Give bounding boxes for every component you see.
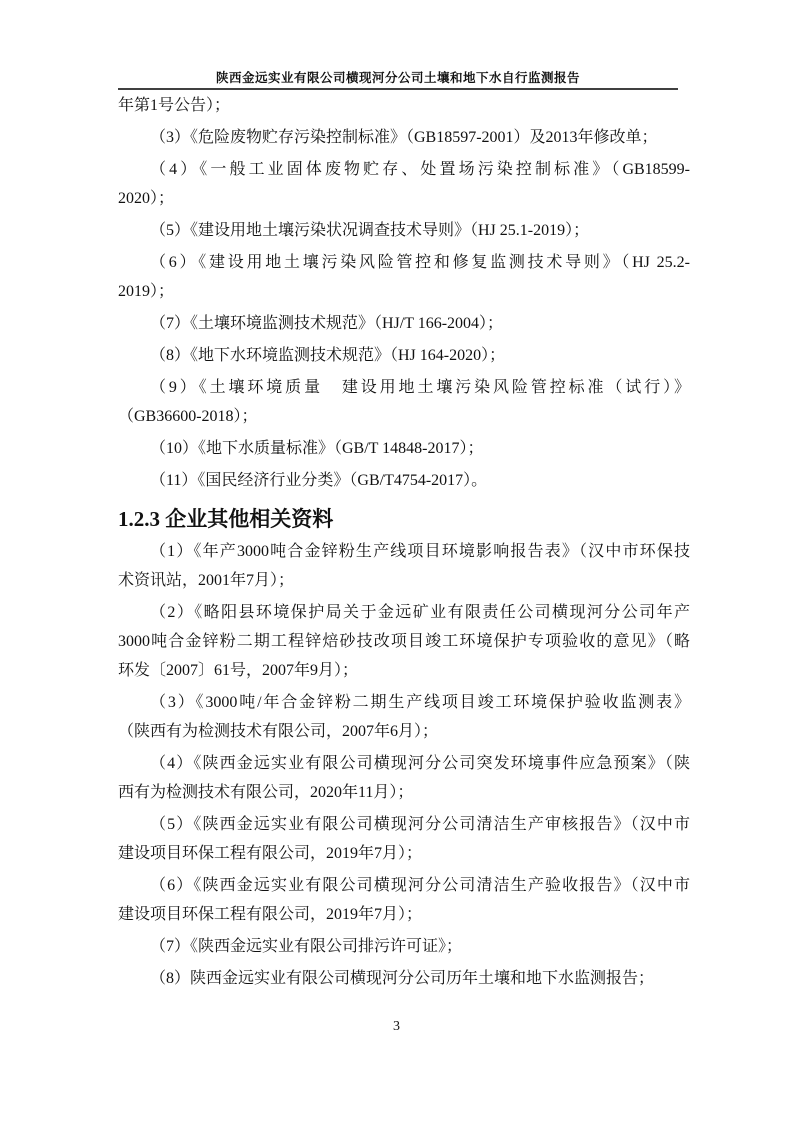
paragraph: （6）《陕西金远实业有限公司横现河分公司清洁生产验收报告》（汉中市建设项目环保工… xyxy=(118,871,690,929)
text-line: 术资讯站，2001年7月）； xyxy=(118,566,690,595)
paragraph: （5）《陕西金远实业有限公司横现河分公司清洁生产审核报告》（汉中市建设项目环保工… xyxy=(118,810,690,868)
text-line: （5）《陕西金远实业有限公司横现河分公司清洁生产审核报告》（汉中市 xyxy=(118,810,690,839)
paragraph: （11）《国民经济行业分类》（GB/T4754-2017）。 xyxy=(118,466,690,495)
text-line: （陕西有为检测技术有限公司，2007年6月）； xyxy=(118,717,690,746)
paragraph: （5）《建设用地土壤污染状况调查技术导则》（HJ 25.1-2019）； xyxy=(118,216,690,245)
section-heading: 1.2.3 企业其他相关资料 xyxy=(118,503,690,535)
page-number: 3 xyxy=(393,1019,400,1034)
header-title: 陕西金远实业有限公司横现河分公司土壤和地下水自行监测报告 xyxy=(216,68,580,86)
text-line: （11）《国民经济行业分类》（GB/T4754-2017）。 xyxy=(118,466,690,495)
text-line: （6）《建设用地土壤污染风险管控和修复监测技术导则》（HJ 25.2- xyxy=(118,248,690,277)
paragraph: （7）《陕西金远实业有限公司排污许可证》； xyxy=(118,932,690,961)
page-header: 陕西金远实业有限公司横现河分公司土壤和地下水自行监测报告 xyxy=(118,0,678,90)
text-line: （4）《一般工业固体废物贮存、处置场污染控制标准》（GB18599- xyxy=(118,155,690,184)
paragraph: （2）《略阳县环境保护局关于金远矿业有限责任公司横现河分公司年产3000吨合金锌… xyxy=(118,598,690,685)
text-line: 环发〔2007〕61号，2007年9月）； xyxy=(118,656,690,685)
text-line: （8）《地下水环境监测技术规范》（HJ 164-2020）； xyxy=(118,341,690,370)
text-line: （7）《陕西金远实业有限公司排污许可证》； xyxy=(118,932,690,961)
text-line: （3）《3000吨/年合金锌粉二期生产线项目竣工环境保护验收监测表》 xyxy=(118,688,690,717)
paragraph: （4）《陕西金远实业有限公司横现河分公司突发环境事件应急预案》（陕西有为检测技术… xyxy=(118,749,690,807)
paragraph: （9）《土壤环境质量 建设用地土壤污染风险管控标准（试行）》（GB36600-2… xyxy=(118,373,690,431)
paragraph: （6）《建设用地土壤污染风险管控和修复监测技术导则》（HJ 25.2-2019）… xyxy=(118,248,690,306)
paragraph: （8）《地下水环境监测技术规范》（HJ 164-2020）； xyxy=(118,341,690,370)
text-line: 2020）； xyxy=(118,184,690,213)
text-line: （4）《陕西金远实业有限公司横现河分公司突发环境事件应急预案》（陕 xyxy=(118,749,690,778)
company-documents-section: （1）《年产3000吨合金锌粉生产线项目环境影响报告表》（汉中市环保技术资讯站，… xyxy=(118,537,690,993)
paragraph: （1）《年产3000吨合金锌粉生产线项目环境影响报告表》（汉中市环保技术资讯站，… xyxy=(118,537,690,595)
text-line: （GB36600-2018）； xyxy=(118,402,690,431)
text-line: （10）《地下水质量标准》（GB/T 14848-2017）； xyxy=(118,434,690,463)
text-line: （3）《危险废物贮存污染控制标准》（GB18597-2001）及2013年修改单… xyxy=(118,123,690,152)
paragraph: （7）《土壤环境监测技术规范》（HJ/T 166-2004）； xyxy=(118,309,690,338)
paragraph: （4）《一般工业固体废物贮存、处置场污染控制标准》（GB18599-2020）； xyxy=(118,155,690,213)
paragraph: （10）《地下水质量标准》（GB/T 14848-2017）； xyxy=(118,434,690,463)
text-line: 3000吨合金锌粉二期工程锌焙砂技改项目竣工环境保护专项验收的意见》（略 xyxy=(118,627,690,656)
document-body: 年第1号公告）；（3）《危险废物贮存污染控制标准》（GB18597-2001）及… xyxy=(118,91,690,996)
text-line: （8）陕西金远实业有限公司横现河分公司历年土壤和地下水监测报告； xyxy=(118,964,690,993)
text-line: 2019）； xyxy=(118,277,690,306)
standards-reference-section: 年第1号公告）；（3）《危险废物贮存污染控制标准》（GB18597-2001）及… xyxy=(118,91,690,495)
text-line: 建设项目环保工程有限公司，2019年7月）； xyxy=(118,900,690,929)
document-page: 陕西金远实业有限公司横现河分公司土壤和地下水自行监测报告 年第1号公告）；（3）… xyxy=(0,0,793,1122)
paragraph: （3）《3000吨/年合金锌粉二期生产线项目竣工环境保护验收监测表》（陕西有为检… xyxy=(118,688,690,746)
text-line: 建设项目环保工程有限公司，2019年7月）； xyxy=(118,839,690,868)
page-footer: 3 xyxy=(0,1013,793,1041)
text-line: （6）《陕西金远实业有限公司横现河分公司清洁生产验收报告》（汉中市 xyxy=(118,871,690,900)
text-line: （2）《略阳县环境保护局关于金远矿业有限责任公司横现河分公司年产 xyxy=(118,598,690,627)
paragraph: （8）陕西金远实业有限公司横现河分公司历年土壤和地下水监测报告； xyxy=(118,964,690,993)
paragraph: 年第1号公告）； xyxy=(118,91,690,120)
text-line: （7）《土壤环境监测技术规范》（HJ/T 166-2004）； xyxy=(118,309,690,338)
text-line: 年第1号公告）； xyxy=(118,91,690,120)
text-line: （5）《建设用地土壤污染状况调查技术导则》（HJ 25.1-2019）； xyxy=(118,216,690,245)
text-line: 西有为检测技术有限公司，2020年11月）； xyxy=(118,778,690,807)
text-line: （1）《年产3000吨合金锌粉生产线项目环境影响报告表》（汉中市环保技 xyxy=(118,537,690,566)
paragraph: （3）《危险废物贮存污染控制标准》（GB18597-2001）及2013年修改单… xyxy=(118,123,690,152)
text-line: （9）《土壤环境质量 建设用地土壤污染风险管控标准（试行）》 xyxy=(118,373,690,402)
